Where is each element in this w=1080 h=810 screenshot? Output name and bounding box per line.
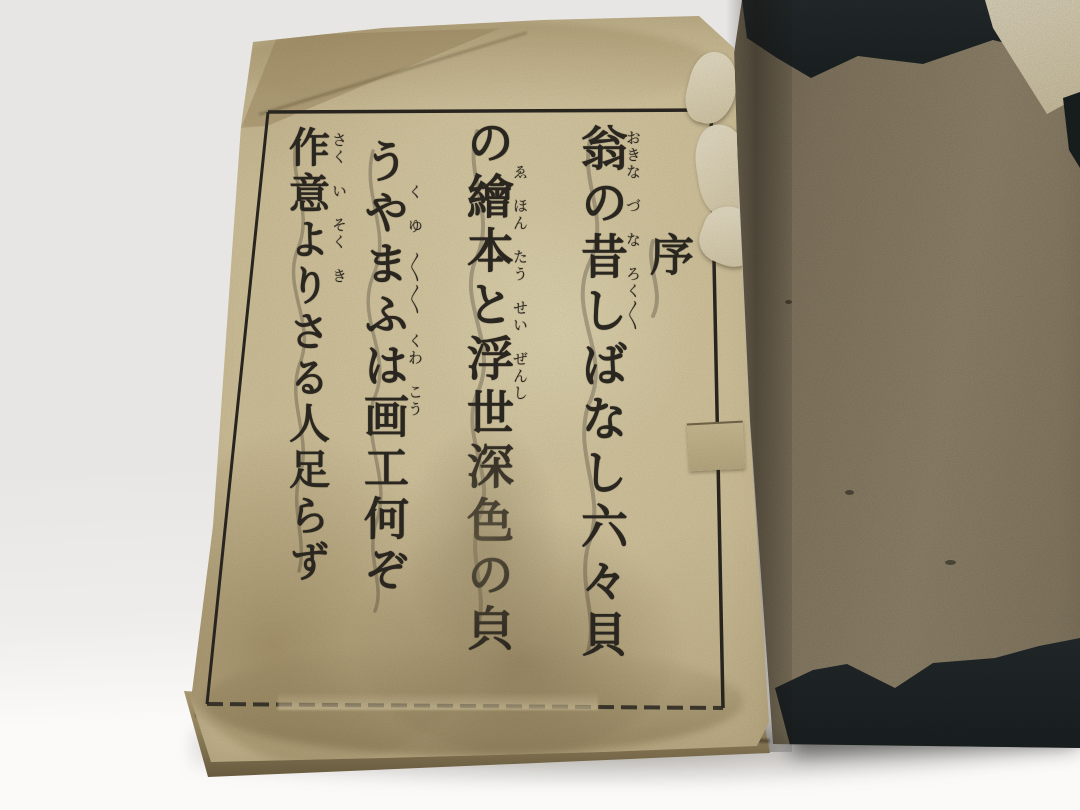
photo-scene: 序 翁の昔しばなし六々貝 おきな づ な ろく〳〵 の繪本と浮世深色の㒵 ゑ ほ…: [0, 0, 1080, 810]
left-page-grain: [183, 6, 783, 778]
left-page: 序 翁の昔しばなし六々貝 おきな づ な ろく〳〵 の繪本と浮世深色の㒵 ゑ ほ…: [183, 6, 783, 778]
